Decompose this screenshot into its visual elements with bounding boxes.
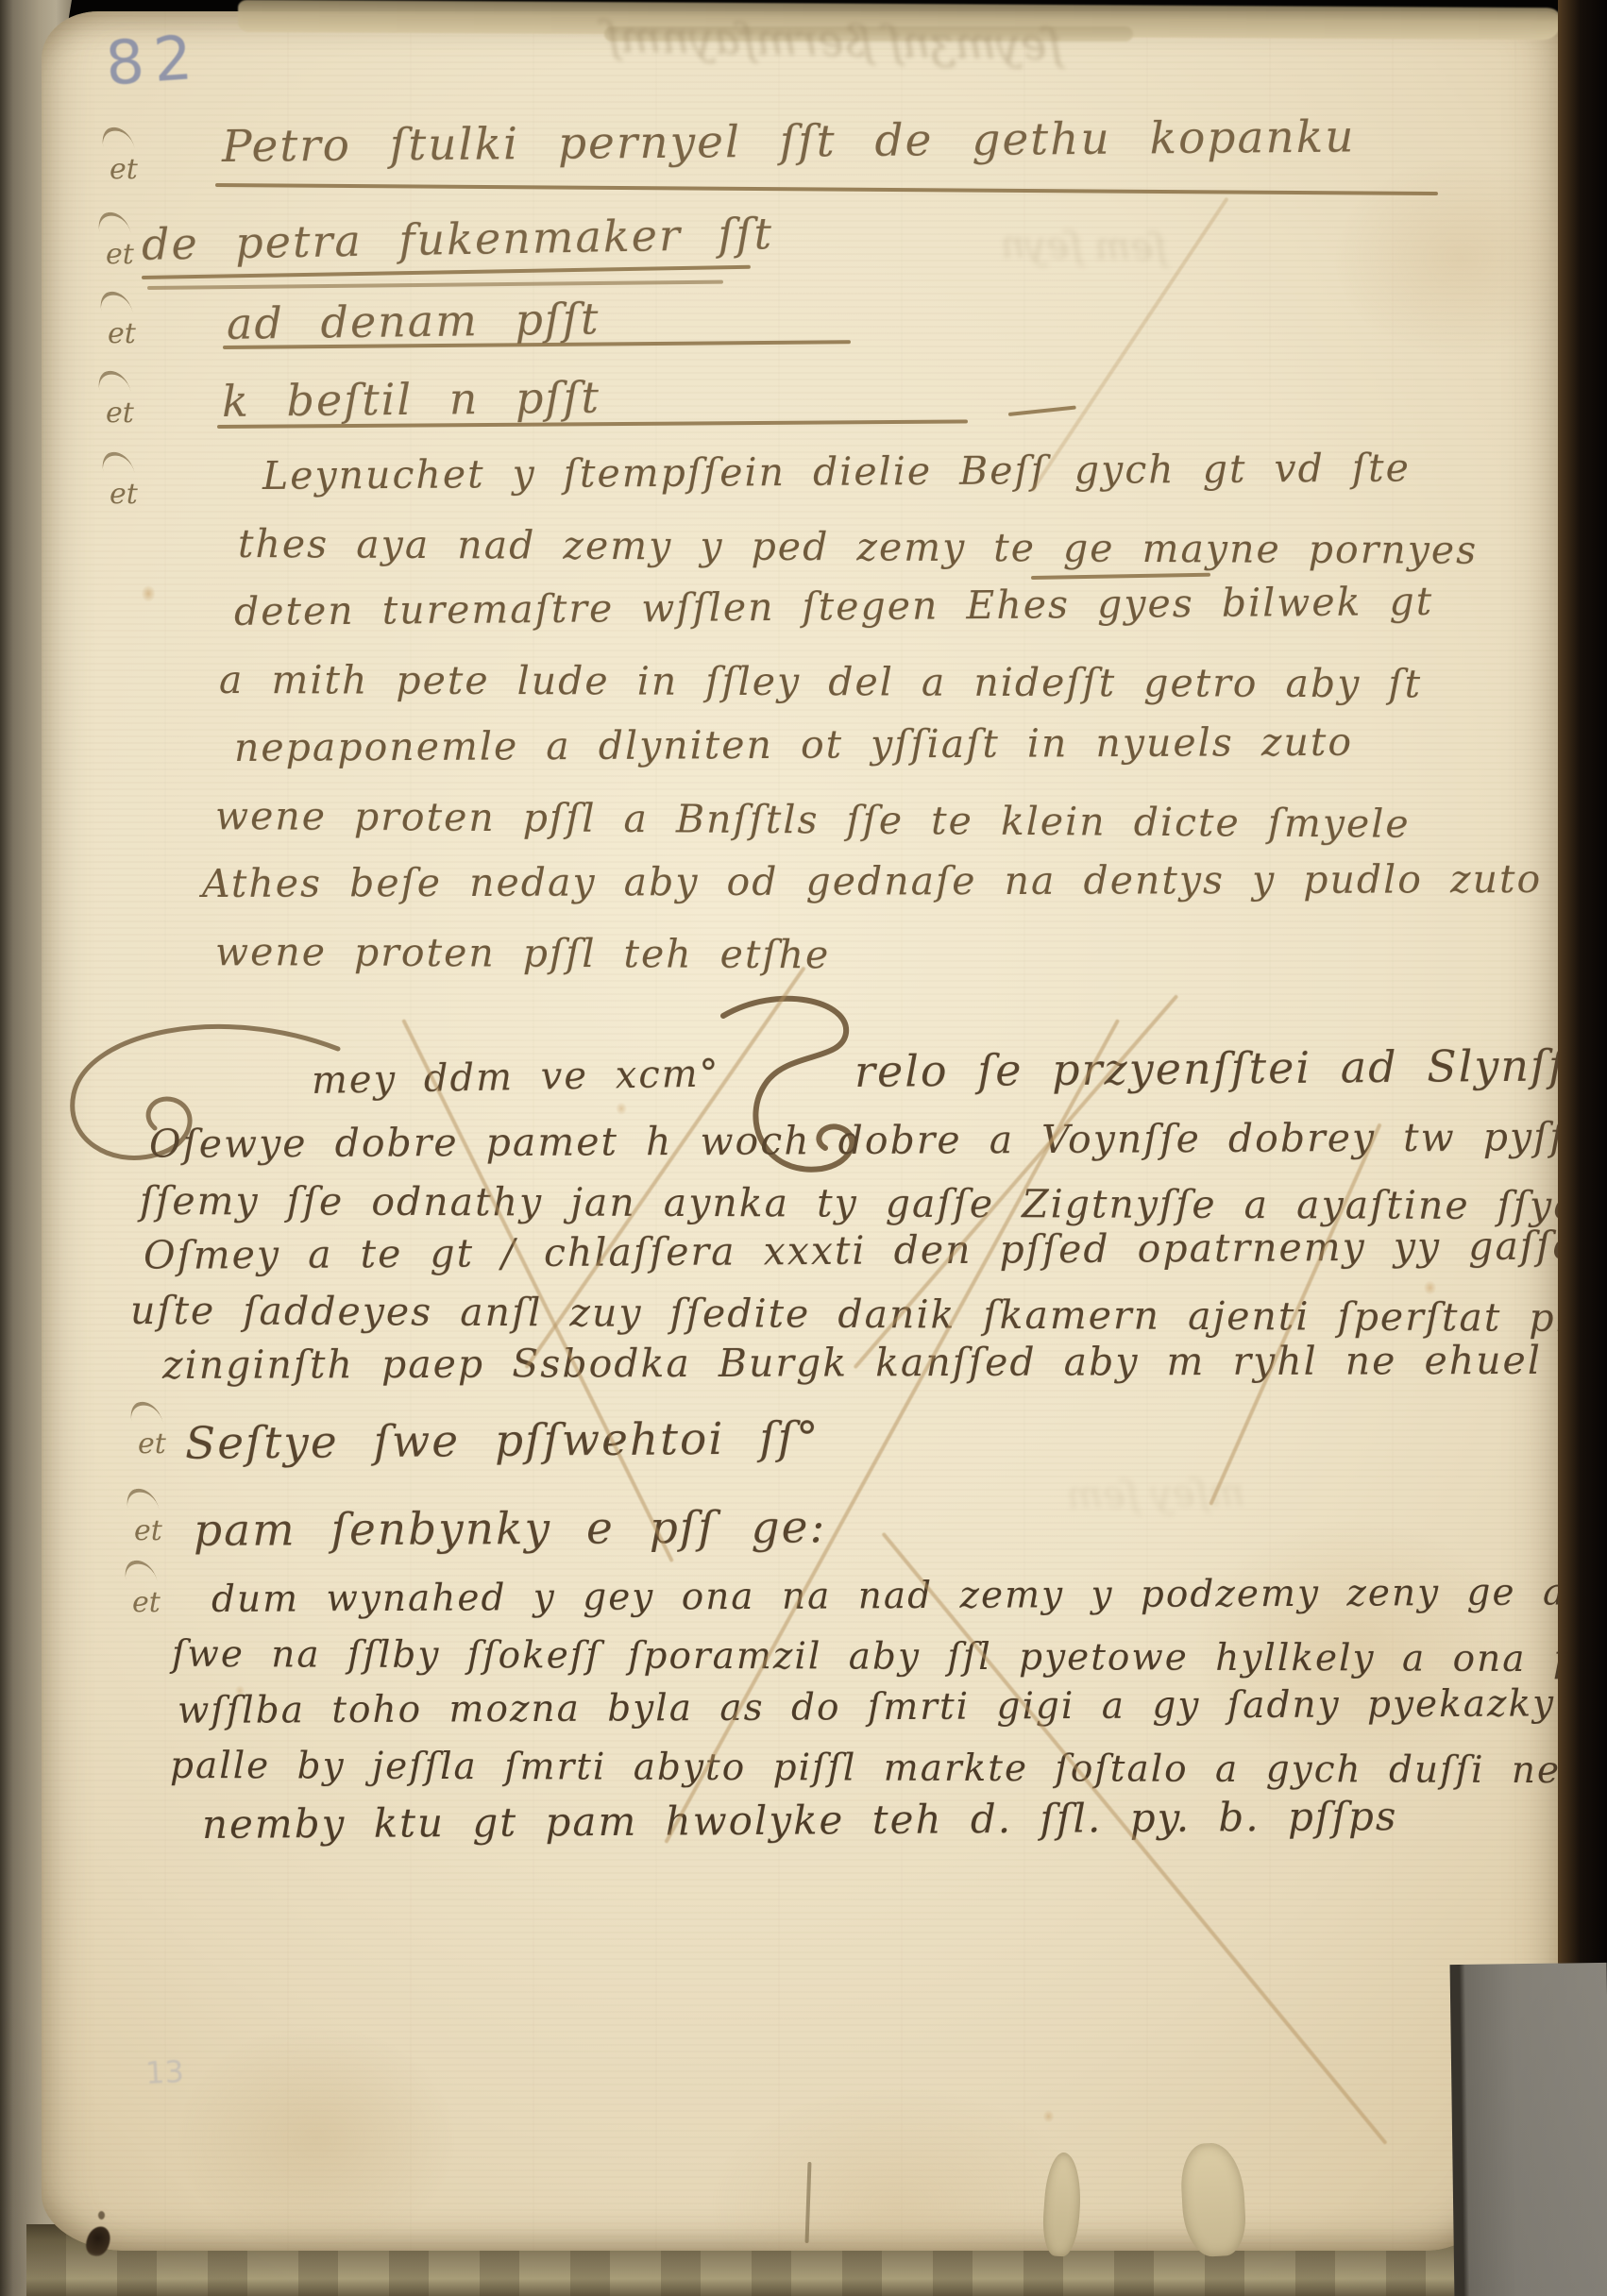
manuscript-line: dum wynahed y gey ona na nad zemy y podz… — [211, 1571, 1607, 1621]
margin-et-mark: et — [108, 317, 136, 350]
margin-et-mark: et — [132, 1586, 161, 1619]
book-spine-shadow — [1558, 0, 1607, 1992]
bleedthrough-text: ſeymʒnſ ßermfaynmſ — [604, 11, 1063, 70]
manuscript-line: uſte ſaddeyes anſl zuy ſſedite danik ſka… — [130, 1288, 1597, 1341]
bleedthrough-text: mſey ſem — [1067, 1471, 1245, 1517]
manuscript-line: palle by jeſſla ſmrti abyto piſſl markte… — [170, 1745, 1607, 1793]
folio-number: 82 — [104, 24, 204, 100]
cancelled-entry: Petro ſtulki pernyel ſſt de gethu kopank… — [222, 111, 1356, 173]
witness-entry: pam ſenbynky e pſſ ge: — [194, 1501, 827, 1557]
manuscript-line: ſwe na ſſlby ſſokeſſ ſporamzil aby ſſl p… — [172, 1633, 1607, 1681]
pencil-mark: 13 — [144, 2053, 185, 2091]
ink-speck — [98, 2211, 105, 2220]
backing-board — [1450, 1963, 1607, 2296]
dating-clause: mey ddm ve xcm° — [312, 1052, 720, 1103]
section-heading: relo ſe przyenſſtei ad Slynſſe — [854, 1039, 1595, 1097]
manuscript-line: zinginſth paep Ssbodka Burgk kanſſed aby… — [162, 1338, 1542, 1388]
manuscript-line: nepaponemle a dlyniten ot yſſiaſt in nyu… — [234, 719, 1353, 770]
manuscript-line: wſſlba toho mozna byla as do ſmrti gigi … — [178, 1681, 1607, 1732]
cancelled-entry: ad denam pſſt — [227, 293, 601, 349]
margin-et-mark: et — [134, 1514, 162, 1547]
manuscript-line: ſſemy ſſe odnathy jan aynka ty gaſſe Zig… — [140, 1178, 1607, 1229]
manuscript-line: wene proten pſſl teh etſhe — [215, 929, 831, 977]
margin-et-mark: et — [106, 397, 134, 430]
bleedthrough-text: ſem ſeyn — [1001, 223, 1168, 269]
manuscript-line: wene proten pſſl a Bnſſtls ſſe te klein … — [215, 793, 1411, 847]
margin-et-mark: et — [110, 478, 138, 511]
manuscript-line: Oſewye dobre pamet h woch dobre a Voynſſ… — [149, 1114, 1607, 1167]
margin-et-mark: et — [106, 238, 134, 271]
witness-entry: Seſtye ſwe pſſwehtoi ſſ° — [185, 1412, 820, 1470]
margin-et-mark: et — [138, 1427, 166, 1460]
manuscript-line: a mith pete lude in ſſley del a nideſſt … — [219, 657, 1422, 706]
manuscript-line: thes aya nad zemy y ped zemy te ge mayne… — [238, 521, 1478, 573]
manuscript-line: Athes beſe neday aby od gednaſe na denty… — [202, 856, 1542, 906]
cancelled-entry: k beſtil n pſſt — [222, 372, 601, 427]
manuscript-line: nemby ktu gt pam hwolyke teh d. ſſl. py.… — [202, 1793, 1398, 1848]
margin-et-mark: et — [110, 153, 138, 186]
manuscript-line: Leynuchet y ſtempſſein dielie Beſſ gych … — [262, 446, 1411, 498]
manuscript-photo: ſeymʒnſ ßermfaynmſ ſem ſeyn mſey ſem 82 … — [0, 0, 1607, 2296]
